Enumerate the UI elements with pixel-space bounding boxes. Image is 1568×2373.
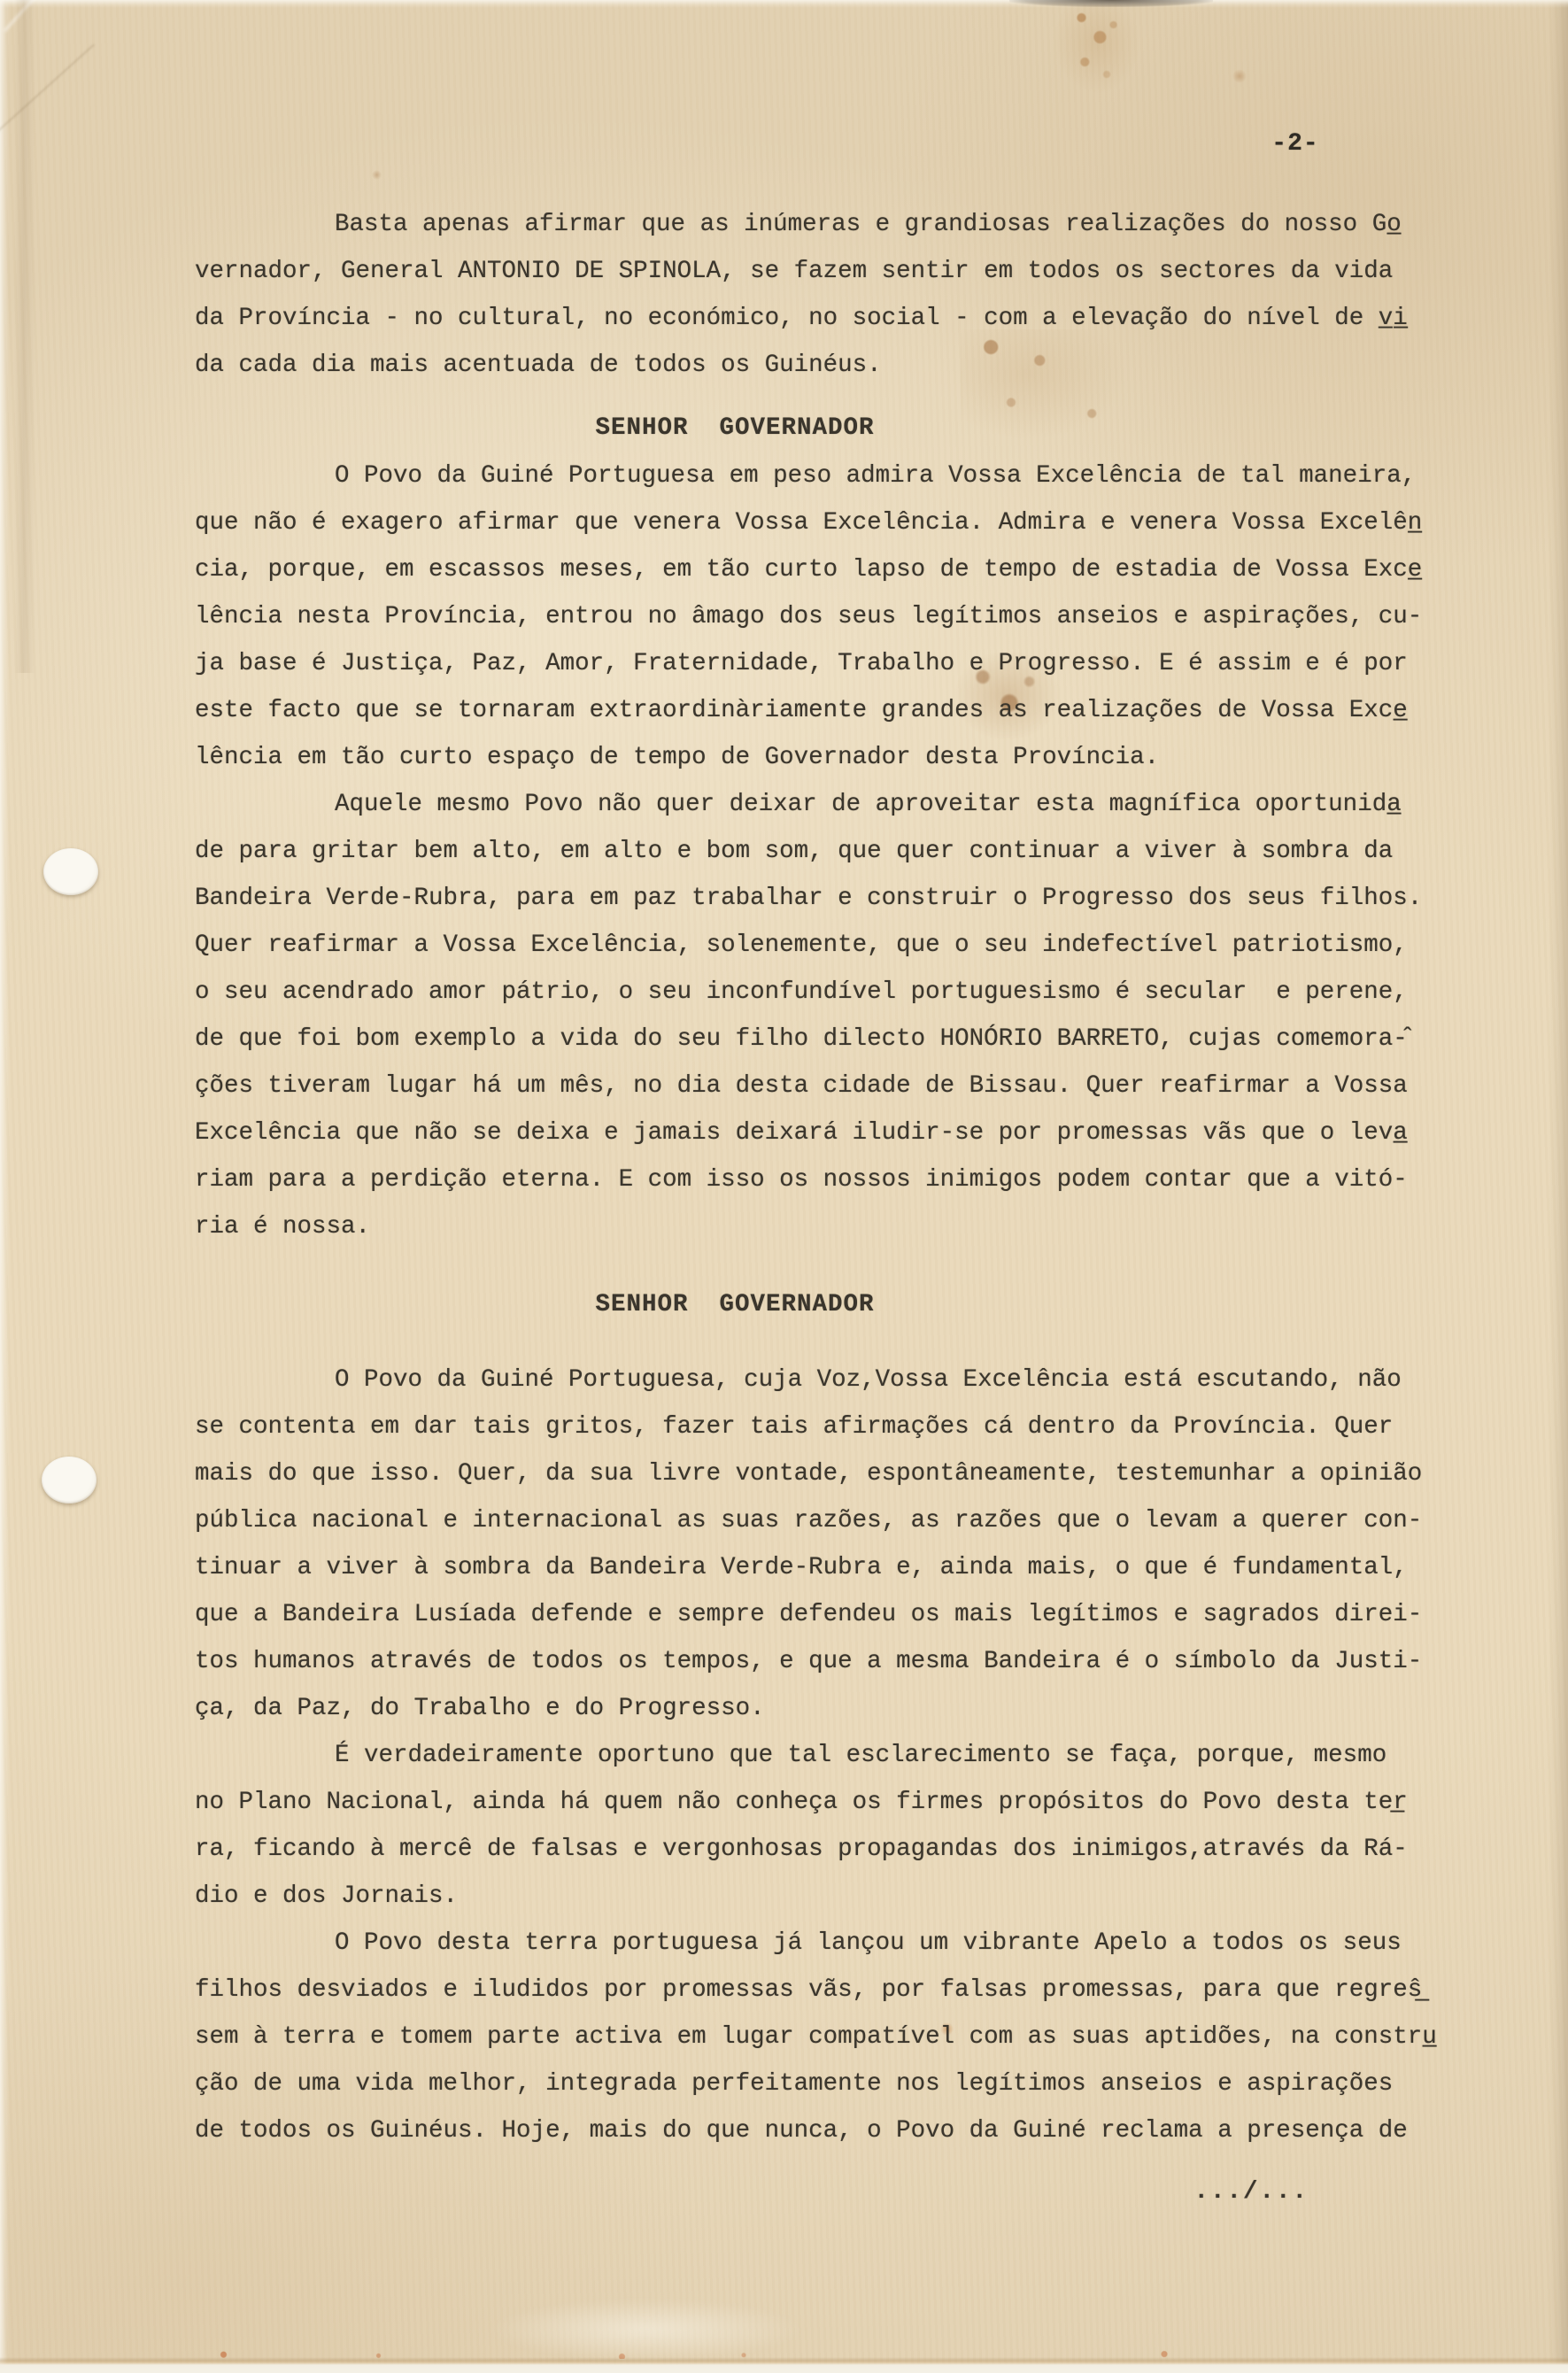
- text-line: de todos os Guinéus. Hoje, mais do que n…: [195, 2107, 1434, 2154]
- text-line: ção de uma vida melhor, integrada perfei…: [195, 2060, 1434, 2107]
- foxing-stain: [1232, 69, 1247, 83]
- paragraph: É verdadeiramente oportuno que tal escla…: [195, 1732, 1434, 1920]
- continuation-mark: .../...: [195, 2168, 1434, 2215]
- document-page: -2- Basta apenas afirmar que as inúmeras…: [0, 0, 1568, 2373]
- paper-crease: [14, 0, 35, 673]
- section-heading: SENHOR GOVERNADOR: [195, 1281, 1434, 1328]
- paragraph: O Povo da Guiné Portuguesa em peso admir…: [195, 452, 1434, 781]
- scan-left-edge: [0, 0, 9, 2373]
- text-line: riam para a perdição eterna. E com isso …: [195, 1156, 1434, 1203]
- text-line: de para gritar bem alto, em alto e bom s…: [195, 828, 1434, 875]
- text-line: da Província - no cultural, no económico…: [195, 295, 1434, 342]
- text-line: ções tiveram lugar há um mês, no dia des…: [195, 1063, 1434, 1109]
- text-line: ra, ficando à mercê de falsas e vergonho…: [195, 1826, 1434, 1873]
- scan-bottom-edge: [0, 2357, 1568, 2373]
- text-line: cia, porque, em escassos meses, em tão c…: [195, 546, 1434, 593]
- text-line: Aquele mesmo Povo não quer deixar de apr…: [195, 781, 1434, 828]
- text-line: O Povo desta terra portuguesa já lançou …: [195, 1920, 1434, 1967]
- text-line: o seu acendrado amor pátrio, o seu incon…: [195, 969, 1434, 1016]
- paragraph: O Povo da Guiné Portuguesa, cuja Voz,Vos…: [195, 1357, 1434, 1732]
- section-heading: SENHOR GOVERNADOR: [195, 405, 1434, 452]
- page-number: -2-: [1247, 129, 1344, 159]
- paragraph: O Povo desta terra portuguesa já lançou …: [195, 1920, 1434, 2154]
- punch-hole-bottom: [42, 1457, 97, 1503]
- text-line: lência em tão curto espaço de tempo de G…: [195, 734, 1434, 781]
- text-line: se contenta em dar tais gritos, fazer ta…: [195, 1403, 1434, 1450]
- text-line: Quer reafirmar a Vossa Excelência, solen…: [195, 922, 1434, 969]
- text-line: tinuar a viver à sombra da Bandeira Verd…: [195, 1544, 1434, 1591]
- typewritten-text-block: Basta apenas afirmar que as inúmeras e g…: [195, 201, 1434, 2215]
- text-line: Excelência que não se deixa e jamais dei…: [195, 1109, 1434, 1156]
- paper-smudge: [487, 2299, 806, 2361]
- text-line: tos humanos através de todos os tempos, …: [195, 1638, 1434, 1685]
- paragraph: Basta apenas afirmar que as inúmeras e g…: [195, 201, 1434, 389]
- text-line: lência nesta Província, entrou no âmago …: [195, 593, 1434, 640]
- text-line: Basta apenas afirmar que as inúmeras e g…: [195, 201, 1434, 248]
- text-line: ria é nossa.: [195, 1203, 1434, 1250]
- text-line: O Povo da Guiné Portuguesa em peso admir…: [195, 452, 1434, 499]
- scan-top-edge: [0, 0, 1568, 8]
- text-line: Bandeira Verde-Rubra, para em paz trabal…: [195, 875, 1434, 922]
- text-line: pública nacional e internacional as suas…: [195, 1497, 1434, 1544]
- scan-right-edge: [1549, 0, 1568, 2373]
- text-line: ja base é Justiça, Paz, Amor, Fraternida…: [195, 640, 1434, 687]
- text-line: que não é exagero afirmar que venera Vos…: [195, 499, 1434, 546]
- text-line: ça, da Paz, do Trabalho e do Progresso.: [195, 1685, 1434, 1732]
- text-line: vernador, General ANTONIO DE SPINOLA, se…: [195, 248, 1434, 295]
- text-line: de que foi bom exemplo a vida do seu fil…: [195, 1016, 1434, 1063]
- text-line: da cada dia mais acentuada de todos os G…: [195, 342, 1434, 389]
- foxing-stain: [1056, 5, 1140, 94]
- text-line: dio e dos Jornais.: [195, 1873, 1434, 1920]
- text-line: este facto que se tornaram extraordinàri…: [195, 687, 1434, 734]
- punch-hole-top: [43, 848, 98, 895]
- text-line: filhos desviados e iludidos por promessa…: [195, 1967, 1434, 2014]
- scan-top-edge-shadow: [1009, 0, 1213, 7]
- text-line: mais do que isso. Quer, da sua livre von…: [195, 1450, 1434, 1497]
- text-line: sem à terra e tomem parte activa em luga…: [195, 2014, 1434, 2060]
- foxing-stain: [124, 2348, 1231, 2359]
- text-line: O Povo da Guiné Portuguesa, cuja Voz,Vos…: [195, 1357, 1434, 1403]
- foxing-stain: [372, 170, 382, 180]
- paragraph: Aquele mesmo Povo não quer deixar de apr…: [195, 781, 1434, 1250]
- text-line: no Plano Nacional, ainda há quem não con…: [195, 1779, 1434, 1826]
- text-line: É verdadeiramente oportuno que tal escla…: [195, 1732, 1434, 1779]
- text-line: que a Bandeira Lusíada defende e sempre …: [195, 1591, 1434, 1638]
